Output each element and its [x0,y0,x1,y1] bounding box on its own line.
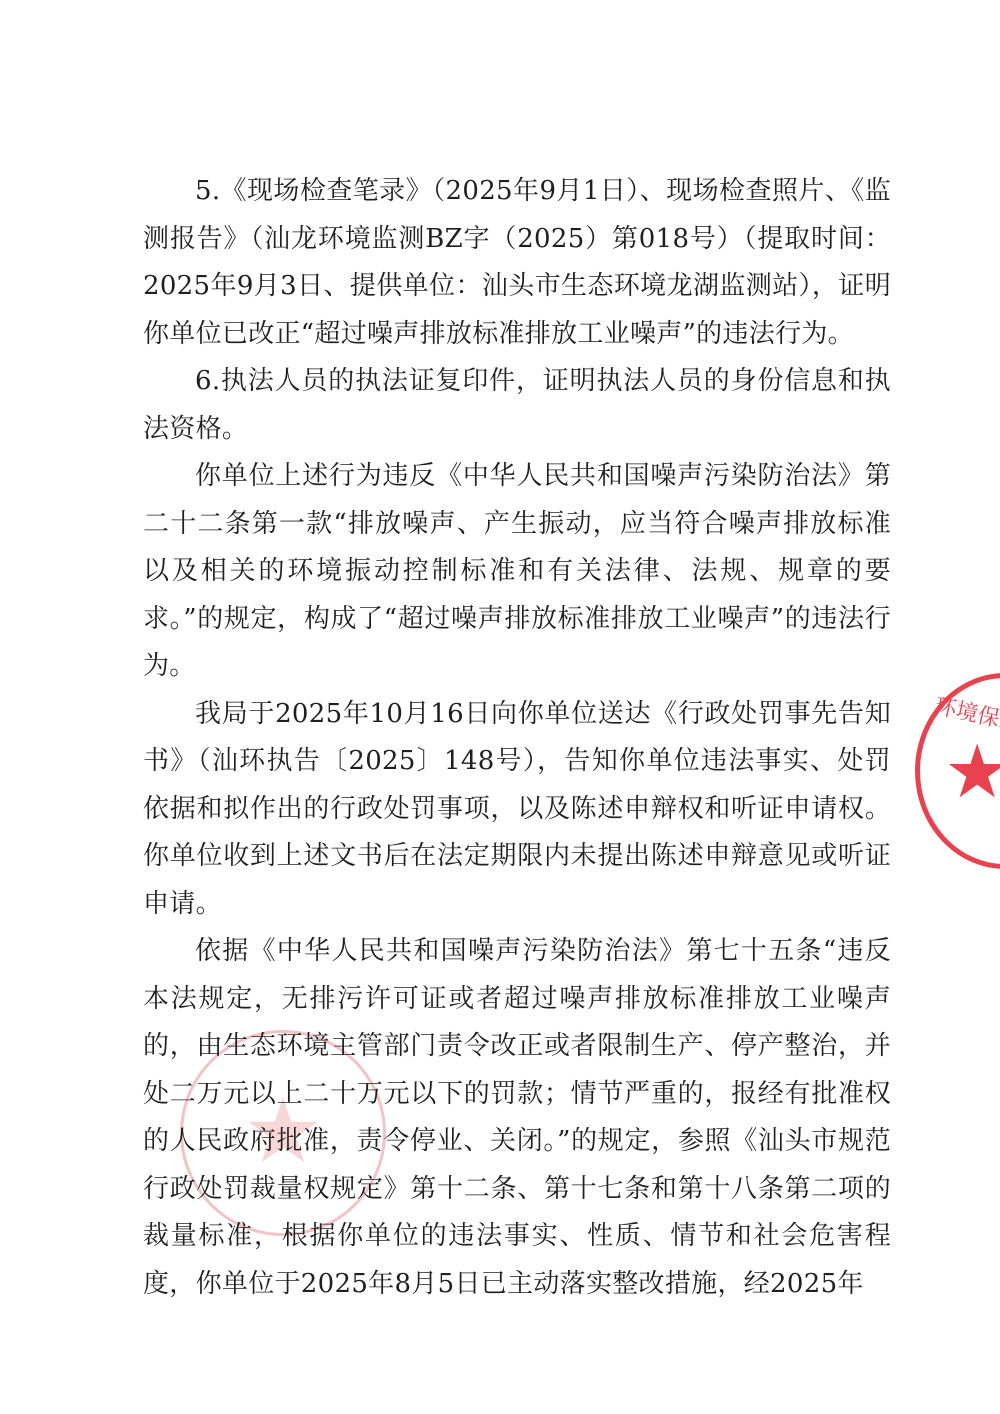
star-icon: ★ [944,736,1000,810]
document-page: ★ 5.《现场检查笔录》（2025年9月1日）、现场检查照片、《监测报告》（汕龙… [0,0,1000,1414]
document-body: 5.《现场检查笔录》（2025年9月1日）、现场检查照片、《监测报告》（汕龙环境… [143,168,891,1308]
seal-text: 环境保护 [932,689,1000,738]
paragraph-notice: 我局于2025年10月16日向你单位送达《行政处罚事先告知书》（汕环执告〔202… [143,691,891,929]
paragraph-violation: 你单位上述行为违反《中华人民共和国噪声污染防治法》第二十二条第一款“排放噪声、产… [143,453,891,691]
paragraph-penalty-basis: 依据《中华人民共和国噪声污染防治法》第七十五条“违反本法规定，无排污许可证或者超… [143,928,891,1308]
paragraph-evidence-5: 5.《现场检查笔录》（2025年9月1日）、现场检查照片、《监测报告》（汕龙环境… [143,168,891,358]
official-seal-stamp: 环境保护 ★ [915,673,1000,869]
paragraph-evidence-6: 6.执法人员的执法证复印件，证明执法人员的身份信息和执法资格。 [143,358,891,453]
